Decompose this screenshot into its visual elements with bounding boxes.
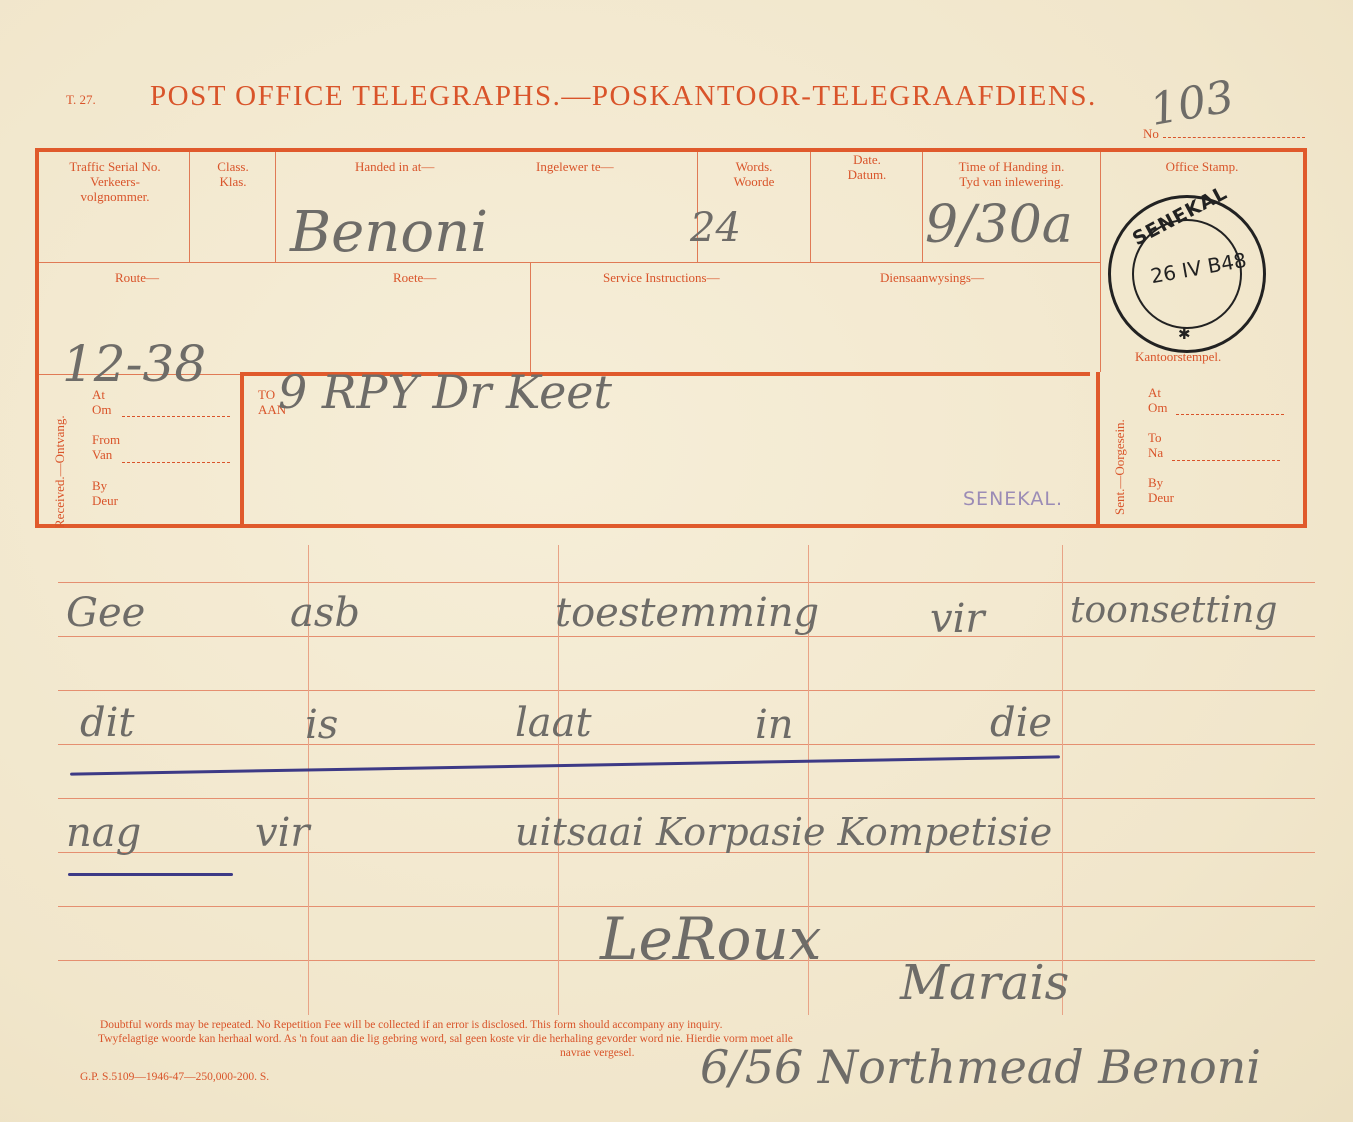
sent-to-line xyxy=(1172,460,1280,461)
sent-at-label: At Om xyxy=(1148,385,1168,415)
message-word: nag xyxy=(66,810,141,856)
address-box-right xyxy=(1096,372,1100,528)
ink-underline xyxy=(70,755,1060,775)
grid-row-line xyxy=(58,744,1315,745)
message-word: laat xyxy=(515,700,592,746)
form-title: POST OFFICE TELEGRAPHS.—POSKANTOOR-TELEG… xyxy=(150,80,1097,113)
roete-label: Roete— xyxy=(393,270,436,285)
form-code: T. 27. xyxy=(66,92,96,108)
received-from-line xyxy=(122,462,230,463)
received-at-line xyxy=(122,416,230,417)
time-handing-label: Time of Handing in. Tyd van inlewering. xyxy=(923,159,1100,189)
postmark-cross-icon: ✱ xyxy=(1178,325,1191,344)
addressee-value: 9 RPY Dr Keet xyxy=(278,365,612,419)
footer-line-afrikaans-cont: navrae vergesel. xyxy=(560,1046,635,1060)
handed-in-at-label: Handed in at— xyxy=(355,159,434,174)
message-word: vir xyxy=(930,596,985,642)
message-word: dit xyxy=(80,700,134,746)
number-value: 103 xyxy=(1146,71,1238,136)
message-word: toestemming xyxy=(555,590,819,636)
words-value: 24 xyxy=(690,205,741,251)
sent-to-label: To Na xyxy=(1148,430,1163,460)
message-word: toonsetting xyxy=(1070,590,1277,631)
message-word: uitsaai Korpasie Kompetisie xyxy=(515,810,1052,854)
grid-row-line xyxy=(58,636,1315,637)
received-from-label: From Van xyxy=(92,432,120,462)
address-box-left xyxy=(240,372,244,528)
footer-line-english: Doubtful words may be repeated. No Repet… xyxy=(100,1018,722,1032)
grid-row-line xyxy=(58,690,1315,691)
service-instructions-label: Service Instructions— xyxy=(603,270,720,285)
received-by-label: By Deur xyxy=(92,478,118,508)
divider xyxy=(530,262,531,372)
grid-row-line xyxy=(58,798,1315,799)
received-side-label: Received.—Ontvang. xyxy=(52,415,68,528)
divider xyxy=(1100,152,1101,372)
handed-in-at-value: Benoni xyxy=(290,200,488,265)
print-code: G.P. S.5109—1946-47—250,000-200. S. xyxy=(80,1070,269,1084)
divider xyxy=(189,152,190,262)
traffic-serial-label: Traffic Serial No. Verkeers- volgnommer. xyxy=(42,159,188,204)
message-word: in xyxy=(755,702,794,748)
received-time-value: 12-38 xyxy=(62,335,206,393)
class-label: Class. Klas. xyxy=(192,159,274,189)
sent-side-label: Sent.—Oorgesein. xyxy=(1112,419,1128,515)
signature: LeRoux xyxy=(600,905,822,973)
message-word: Gee xyxy=(66,590,145,636)
route-label: Route— xyxy=(115,270,159,285)
ink-underline xyxy=(68,873,233,876)
divider xyxy=(810,152,811,262)
footer-line-afrikaans: Twyfelagtige woorde kan herhaal word. As… xyxy=(98,1032,793,1046)
grid-row-line xyxy=(58,582,1315,583)
sender-name: Marais xyxy=(900,955,1069,1011)
message-word: vir xyxy=(255,810,310,856)
divider xyxy=(39,262,1100,263)
diensaanwysings-label: Diensaanwysings— xyxy=(880,270,984,285)
divider xyxy=(275,152,276,262)
senekal-office-stamp: SENEKAL. xyxy=(963,488,1063,510)
message-word: die xyxy=(990,700,1052,746)
message-word: asb xyxy=(290,590,360,636)
sent-by-label: By Deur xyxy=(1148,475,1174,505)
sender-address: 6/56 Northmead Benoni xyxy=(700,1040,1261,1094)
grid-col-line xyxy=(1062,545,1063,1015)
office-stamp-label: Office Stamp. xyxy=(1102,159,1302,174)
message-word: is xyxy=(305,702,338,748)
telegram-form: T. 27. POST OFFICE TELEGRAPHS.—POSKANTOO… xyxy=(0,0,1353,1122)
date-label: Date. Datum. xyxy=(812,152,922,182)
words-label: Words. Woorde xyxy=(698,159,810,189)
number-line xyxy=(1163,137,1305,138)
sent-at-line xyxy=(1176,414,1284,415)
time-value: 9/30a xyxy=(925,195,1073,255)
ingelewer-te-label: Ingelewer te— xyxy=(536,159,614,174)
